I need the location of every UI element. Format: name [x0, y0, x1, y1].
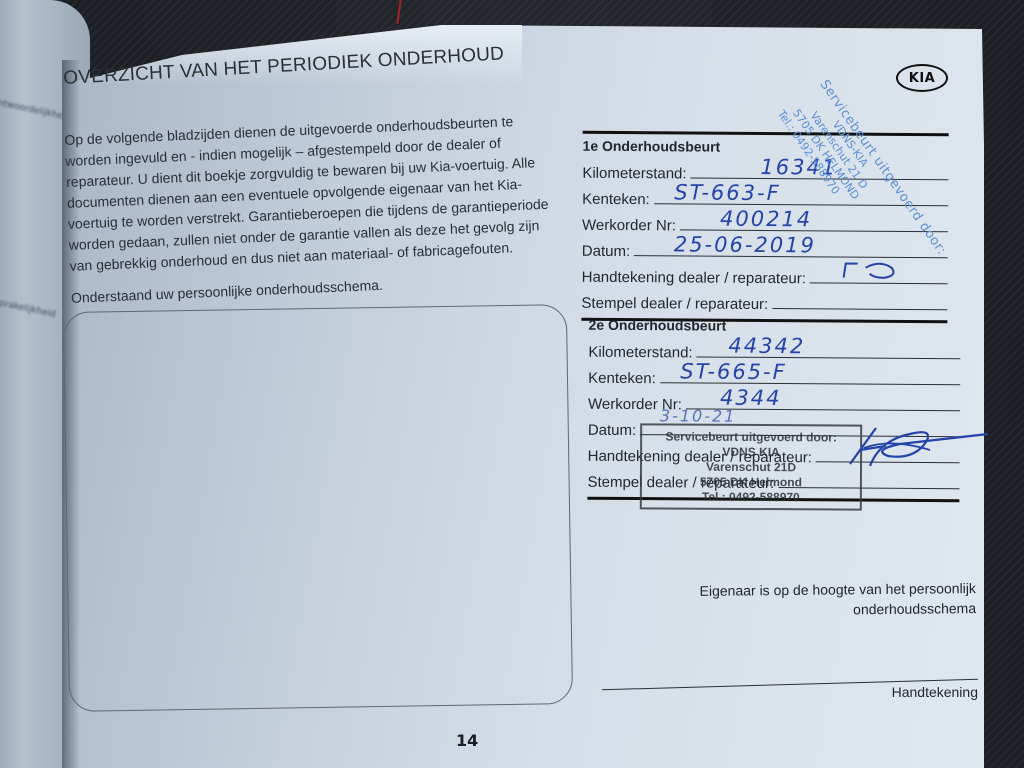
- field-line: [772, 308, 947, 310]
- stamp-line: Varenschut 21D: [642, 459, 860, 475]
- field-label: Datum:: [588, 422, 636, 439]
- field-label: Stempel dealer / reparateur:: [581, 295, 768, 313]
- service-entry-title: 1e Onderhoudsbeurt: [583, 138, 949, 157]
- kia-logo: KIA: [896, 64, 948, 92]
- field-kilometerstand: Kilometerstand: 44342: [588, 335, 960, 364]
- service-entry-title: 2e Onderhoudsbeurt: [589, 317, 961, 336]
- field-label: Kilometerstand:: [588, 344, 692, 362]
- field-label: Kenteken:: [588, 370, 656, 387]
- handwritten-value: ST-665-F: [680, 359, 787, 384]
- stamp-line: 5705 DK Helmond: [642, 474, 860, 490]
- left-page-text: verantwoordelijkheid: [0, 90, 48, 123]
- stamp-line: Servicebeurt uitgevoerd door:: [642, 429, 860, 445]
- field-label: Werkorder Nr:: [582, 217, 676, 235]
- intro-text: Op de volgende bladzijden dienen de uitg…: [64, 109, 562, 319]
- dealer-signature-2: [830, 420, 990, 470]
- owner-acknowledgement: Eigenaar is op de hoogte van het persoon…: [600, 578, 976, 622]
- left-page-heading: aansprakelijkheid: [0, 290, 48, 323]
- handwritten-value: 400214: [720, 207, 812, 232]
- handwritten-value: ST-663-F: [674, 180, 781, 205]
- maintenance-schema-box: [63, 304, 573, 712]
- stamp-line: Tel.: 0492-588970: [642, 489, 860, 505]
- field-kenteken: Kenteken: ST-665-F: [588, 361, 960, 390]
- handwritten-value: 25-06-2019: [674, 232, 816, 257]
- field-label: Datum:: [582, 243, 630, 260]
- field-stempel: Stempel dealer / reparateur:: [581, 286, 947, 315]
- intro-paragraph: Op de volgende bladzijden dienen de uitg…: [64, 109, 560, 276]
- dealer-stamp-2: Servicebeurt uitgevoerd door: VDNS KIA V…: [640, 423, 862, 510]
- stamp-line: VDNS KIA: [642, 444, 860, 460]
- field-label: Handtekening dealer / reparateur:: [582, 269, 806, 288]
- handwritten-value: 44342: [728, 334, 805, 359]
- field-line: [810, 282, 948, 284]
- field-label: Kenteken:: [582, 191, 650, 208]
- page-number: 14: [456, 731, 478, 750]
- owner-signature-label: Handtekening: [600, 684, 978, 700]
- field-label: Kilometerstand:: [582, 165, 686, 183]
- field-werkorder: Werkorder Nr: 4344: [588, 387, 960, 416]
